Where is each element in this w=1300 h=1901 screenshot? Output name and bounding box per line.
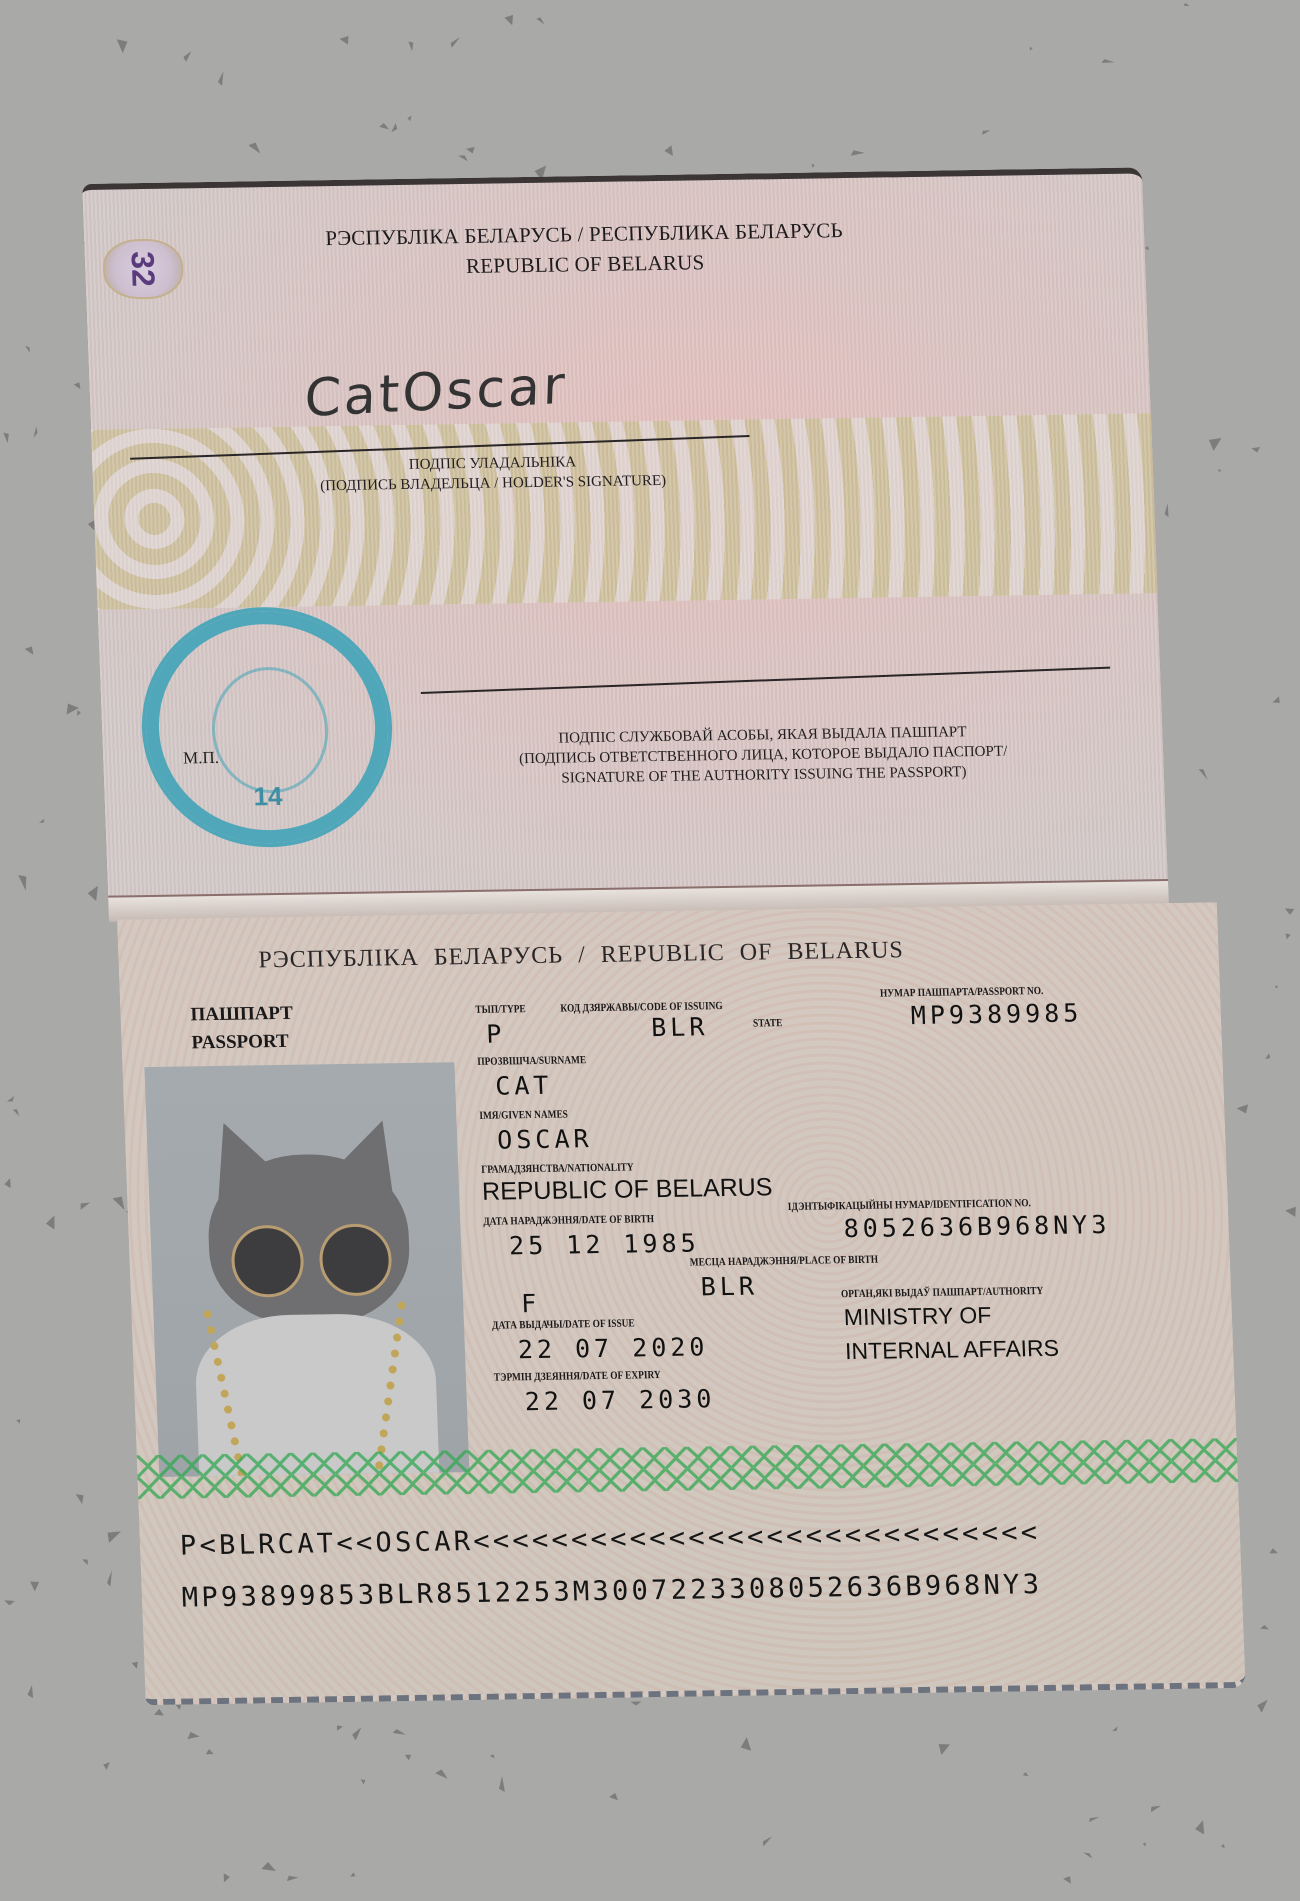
coat-of-arms-icon <box>210 666 331 794</box>
speckle <box>406 114 413 121</box>
speckle <box>116 39 127 54</box>
speckle <box>6 1095 15 1104</box>
ornament-band <box>91 413 1157 610</box>
speckle <box>1206 433 1224 451</box>
type-value: P <box>486 1019 506 1048</box>
speckle <box>78 1199 91 1209</box>
speckle <box>761 1835 774 1847</box>
nationality-value: REPUBLIC OF BELARUS <box>482 1173 773 1207</box>
sex-value: F <box>521 1289 541 1318</box>
speckle <box>206 1749 215 1757</box>
speckle <box>1255 1697 1270 1713</box>
speckle <box>24 344 32 353</box>
speckle <box>850 150 864 156</box>
speckle <box>350 1872 356 1879</box>
surname-label: ПРОЗВІШЧА/SURNAME <box>477 1054 586 1068</box>
given-names-label: ІМЯ/GIVEN NAMES <box>479 1108 568 1121</box>
speckle <box>24 644 37 655</box>
dob-label: ДАТА НАРАДЖЭННЯ/DATE OF BIRTH <box>483 1213 654 1228</box>
speckle <box>1023 1771 1030 1777</box>
speckle <box>503 11 517 25</box>
speckle <box>76 710 80 716</box>
date-of-expiry-label: ТЭРМІН ДЗЕЯННЯ/DATE OF EXPIRY <box>494 1369 661 1384</box>
speckle <box>82 1557 91 1566</box>
identification-no-value: 8052636B968NY3 <box>843 1210 1111 1243</box>
stamp-number: 14 <box>253 781 283 812</box>
type-label: ТЫП/TYPE <box>475 1003 526 1016</box>
authority-value-1: MINISTRY OF <box>843 1302 991 1331</box>
surname-value: CAT <box>495 1071 553 1101</box>
speckle <box>66 702 80 714</box>
speckle <box>188 1731 201 1740</box>
mrz-line-1: P<BLRCAT<<OSCAR<<<<<<<<<<<<<<<<<<<<<<<<<… <box>179 1517 1040 1562</box>
speckle <box>1272 696 1282 707</box>
speckle <box>664 143 677 155</box>
speckle <box>379 122 390 132</box>
speckle <box>4 432 11 444</box>
speckle <box>1183 3 1190 8</box>
authority-signature-line <box>421 667 1110 694</box>
doc-label-en: PASSPORT <box>191 1031 289 1055</box>
speckle <box>1217 469 1222 474</box>
speckle <box>1285 1205 1300 1220</box>
speckle <box>217 71 226 86</box>
speckle <box>458 153 470 162</box>
speckle <box>1102 59 1116 65</box>
speckle <box>1285 908 1295 915</box>
speckle <box>448 35 461 47</box>
nationality-label: ГРАМАДЗЯНСТВА/NATIONALITY <box>481 1161 634 1175</box>
speckle <box>13 1107 21 1116</box>
holder-signature: CatOscar <box>304 356 569 429</box>
speckle <box>16 1418 21 1424</box>
speckle <box>405 1753 412 1760</box>
signature-page: 32 РЭСПУБЛІКА БЕЛАРУСЬ / РЕСПУБЛИКА БЕЛА… <box>82 167 1168 901</box>
issuing-state-label-2: STATE <box>753 1017 783 1029</box>
speckle <box>1269 1548 1279 1557</box>
speckle <box>1260 1625 1269 1630</box>
speckle <box>741 1737 752 1751</box>
place-of-birth-label: МЕСЦА НАРАДЖЭННЯ/PLACE OF BIRTH <box>690 1254 879 1269</box>
speckle <box>34 426 40 438</box>
speckle <box>102 1760 112 1770</box>
speckle <box>1083 1850 1094 1859</box>
speckle <box>1236 1103 1251 1116</box>
speckle <box>75 1491 88 1504</box>
speckle <box>435 1768 450 1782</box>
passport-no-label: НУМАР ПАШПАРТА/PASSPORT No. <box>880 985 1044 1000</box>
speckle <box>27 1684 35 1697</box>
authority-label: ОРГАН,ЯКІ ВЫДАЎ ПАШПАРТ/AUTHORITY <box>841 1285 1044 1300</box>
speckle <box>86 883 103 901</box>
speckle <box>981 128 991 135</box>
speckle <box>287 1875 300 1881</box>
speckle <box>261 1861 278 1875</box>
speckle <box>45 1213 59 1229</box>
speckle <box>182 50 193 62</box>
date-of-issue-label: ДАТА ВЫДАЧЫ/DATE OF ISSUE <box>492 1317 635 1331</box>
speckle <box>1220 1843 1226 1848</box>
speckle <box>490 1753 496 1759</box>
speckle <box>350 1725 363 1740</box>
speckle <box>1194 1819 1208 1835</box>
speckle <box>1088 1816 1100 1823</box>
holder-photo <box>144 1062 469 1477</box>
official-stamp: 14 <box>138 605 397 849</box>
speckle <box>466 145 477 154</box>
speckle <box>536 16 546 26</box>
speckle <box>1265 1053 1272 1061</box>
speckle <box>104 1527 123 1543</box>
speckle <box>335 1724 343 1731</box>
issuing-state-value: BLR <box>651 1012 709 1042</box>
date-of-expiry-value: 22 07 2030 <box>524 1384 716 1416</box>
speckle <box>609 1791 620 1802</box>
speckle <box>38 818 45 825</box>
speckle <box>248 141 263 157</box>
speckle <box>19 873 30 891</box>
speckle <box>4 1600 15 1606</box>
date-of-issue-value: 22 07 2020 <box>517 1332 709 1364</box>
speckle <box>1252 446 1262 454</box>
place-of-birth-value: BLR <box>700 1272 758 1302</box>
mrz-line-2: MP93899853BLR8512253M3007223308052636B96… <box>181 1569 1042 1614</box>
data-page-title: РЭСПУБЛІКА БЕЛАРУСЬ / REPUBLIC OF BELARU… <box>258 937 904 974</box>
speckle <box>392 1728 406 1737</box>
speckle <box>1111 1726 1118 1733</box>
speckle <box>1029 46 1033 50</box>
identification-no-label: ІДЭНТЫФІКАЦЫЙНЫ НУМАР/IDENTIFICATION No. <box>788 1197 1032 1213</box>
data-page: РЭСПУБЛІКА БЕЛАРУСЬ / REPUBLIC OF BELARU… <box>117 902 1246 1705</box>
speckle <box>1143 1841 1148 1846</box>
speckle <box>339 35 352 48</box>
speckle <box>936 1740 952 1755</box>
speckle <box>409 41 415 52</box>
speckle <box>29 1578 43 1592</box>
speckle <box>811 163 815 168</box>
passport-booklet: 32 РЭСПУБЛІКА БЕЛАРУСЬ / РЕСПУБЛИКА БЕЛА… <box>82 167 1248 1704</box>
speckle <box>499 1776 505 1792</box>
speckle <box>1284 932 1291 940</box>
speckle <box>1274 984 1279 988</box>
given-names-value: OSCAR <box>497 1124 593 1154</box>
speckle <box>222 1872 230 1882</box>
speckle <box>74 380 84 389</box>
speckle <box>630 1701 642 1706</box>
doc-label-be: ПАШПАРТ <box>190 1003 293 1027</box>
dob-value: 25 12 1985 <box>509 1228 701 1260</box>
authority-value-2: INTERNAL AFFAIRS <box>845 1335 1060 1365</box>
stamp-mark: М.П. <box>183 748 220 769</box>
speckle <box>106 1570 114 1587</box>
speckle <box>1063 1875 1074 1886</box>
speckle <box>391 123 399 134</box>
speckle <box>4 1177 14 1188</box>
passport-no-value: MP9389985 <box>910 998 1083 1030</box>
speckle <box>361 1778 366 1784</box>
speckle <box>1149 1804 1162 1813</box>
speckle <box>154 1708 166 1719</box>
